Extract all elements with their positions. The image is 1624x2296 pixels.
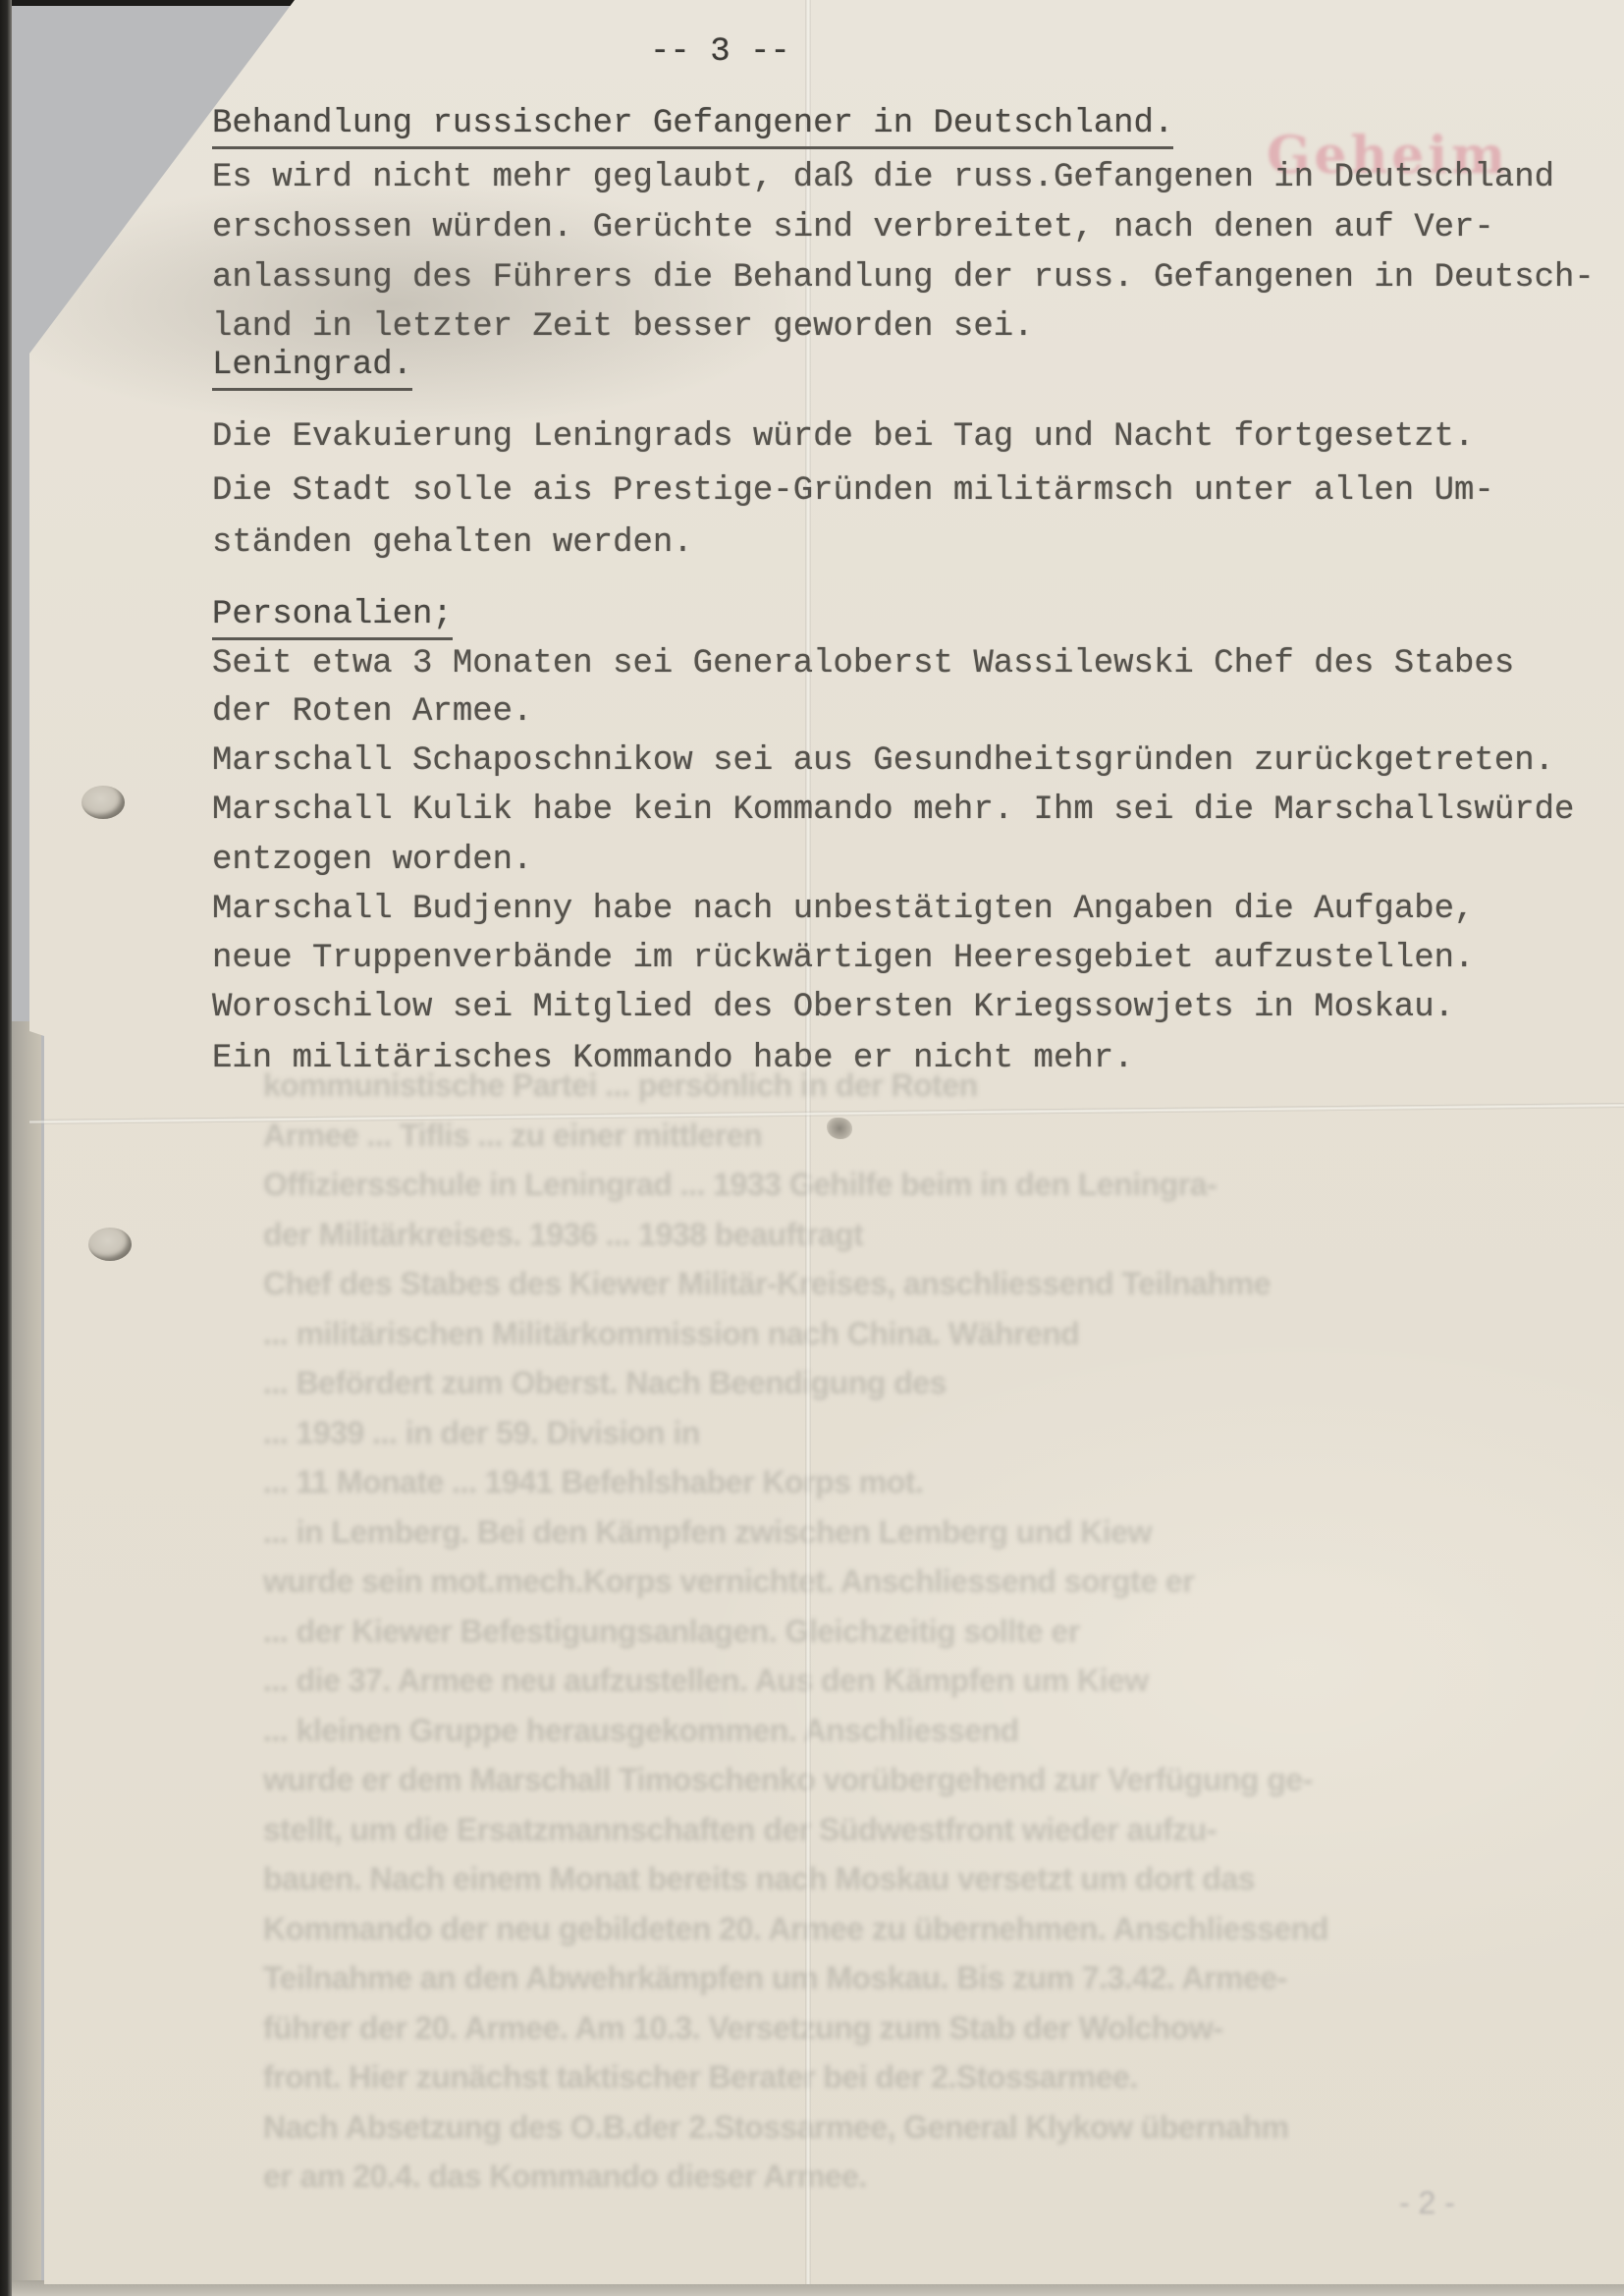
show-through-line: ... kleinen Gruppe herausgekommen. Ansch… — [263, 1706, 1019, 1755]
show-through-line: Chef des Stabes des Kiewer Militär-Kreis… — [263, 1259, 1271, 1308]
body-line: Marschall Kulik habe kein Kommando mehr.… — [212, 786, 1574, 835]
section-heading-leningrad: Leningrad. — [212, 344, 412, 391]
show-through-line: ... militärischen Militärkommission nach… — [263, 1309, 1079, 1358]
body-line: entzogen worden. — [212, 836, 532, 885]
body-line: erschossen würden. Gerüchte sind verbrei… — [212, 203, 1494, 252]
show-through-line: der Militärkreises. 1936 ... 1938 beauft… — [263, 1210, 863, 1259]
fold-tear — [827, 1118, 852, 1139]
section-heading-prisoners: Behandlung russischer Gefangener in Deut… — [212, 102, 1173, 149]
body-line: Es wird nicht mehr geglaubt, daß die rus… — [212, 153, 1554, 202]
section-heading-personalien: Personalien; — [212, 593, 453, 640]
show-through-line: wurde sein mot.mech.Korps vernichtet. An… — [263, 1557, 1194, 1606]
body-line: Woroschilow sei Mitglied des Obersten Kr… — [212, 983, 1454, 1032]
show-through-line: führer der 20. Armee. Am 10.3. Versetzun… — [263, 2003, 1222, 2052]
show-through-line: Offiziersschule in Leningrad ... 1933 Ge… — [263, 1160, 1217, 1209]
show-through-line: wurde er dem Marschall Timoschenko vorüb… — [263, 1755, 1313, 1804]
show-through-line: stellt, um die Ersatzmannschaften der Sü… — [263, 1805, 1217, 1854]
body-line: Die Evakuierung Leningrads würde bei Tag… — [212, 412, 1474, 462]
show-through-line: ... 11 Monate ... 1941 Befehlshaber Korp… — [263, 1457, 923, 1506]
body-line: Die Stadt solle ais Prestige-Gründen mil… — [212, 466, 1494, 516]
show-through-page-marker: - 2 - — [1399, 2185, 1455, 2221]
body-line: anlassung des Führers die Behandlung der… — [212, 253, 1595, 302]
show-through-line: ... Befördert zum Oberst. Nach Beendigun… — [263, 1358, 947, 1407]
show-through-line: ... 1939 ... in der 59. Division in — [263, 1408, 700, 1457]
show-through-line: Nach Absetzung des O.B.der 2.Stossarmee,… — [263, 2103, 1288, 2152]
show-through-line: Teilnahme an den Abwehrkämpfen um Moskau… — [263, 1953, 1287, 2002]
punch-hole-lower — [88, 1228, 132, 1261]
show-through-line: er am 20.4. das Kommando dieser Armee. — [263, 2152, 867, 2201]
punch-hole-upper — [81, 786, 125, 819]
body-line: neue Truppenverbände im rückwärtigen Hee… — [212, 934, 1474, 983]
underlying-sheet-edge — [12, 1021, 41, 2296]
show-through-line: Kommando der neu gebildeten 20. Armee zu… — [263, 1904, 1328, 1953]
page-number: -- 3 -- — [650, 27, 790, 77]
body-line: Marschall Budjenny habe nach unbestätigt… — [212, 885, 1474, 934]
show-through-line: ... der Kiewer Befestigungsanlagen. Glei… — [263, 1607, 1080, 1656]
body-line: ständen gehalten werden. — [212, 519, 693, 568]
scanner-frame-left — [0, 0, 12, 2296]
show-through-line: ... in Lemberg. Bei den Kämpfen zwischen… — [263, 1507, 1152, 1557]
show-through-line: bauen. Nach einem Monat bereits nach Mos… — [263, 1854, 1255, 1903]
body-line: Marschall Schaposchnikow sei aus Gesundh… — [212, 737, 1554, 786]
show-through-line: front. Hier zunächst taktischer Berater … — [263, 2052, 1138, 2102]
body-line: der Roten Armee. — [212, 687, 532, 737]
body-line: Ein militärisches Kommando habe er nicht… — [212, 1034, 1134, 1083]
show-through-line: ... die 37. Armee neu aufzustellen. Aus … — [263, 1656, 1149, 1705]
body-line: Seit etwa 3 Monaten sei Generaloberst Wa… — [212, 639, 1514, 688]
